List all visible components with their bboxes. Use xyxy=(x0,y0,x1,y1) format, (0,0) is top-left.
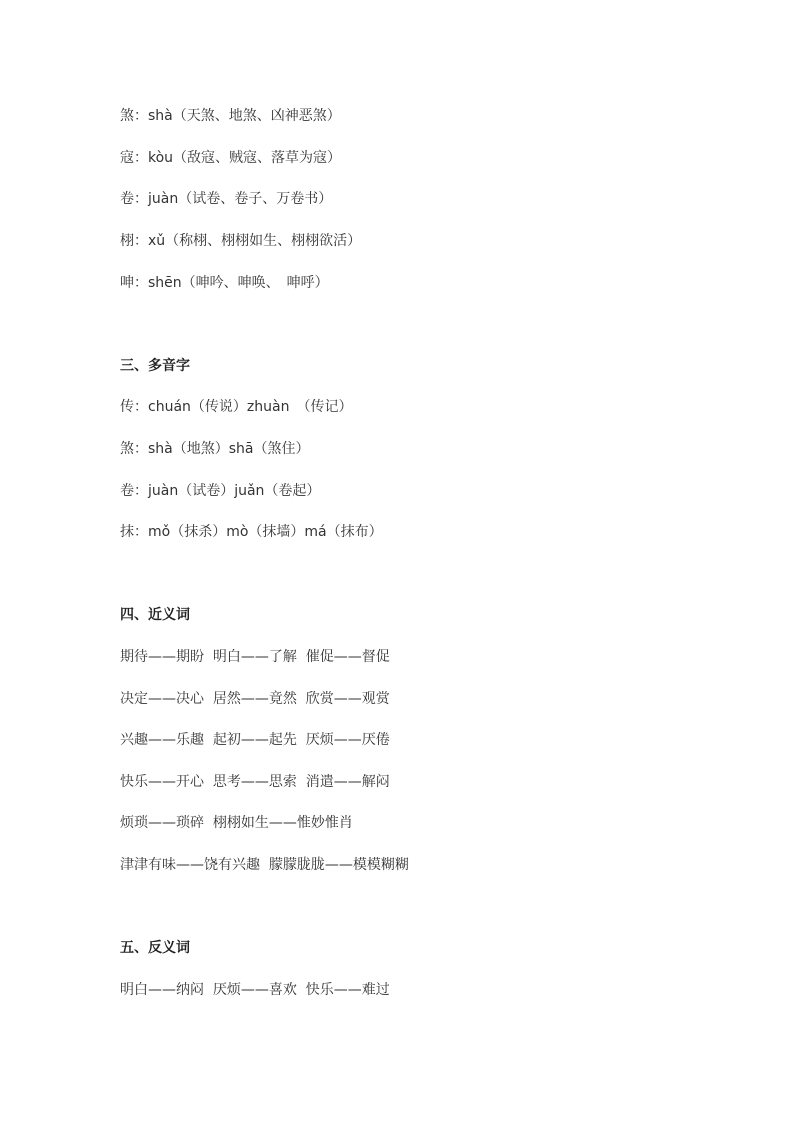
polyphone-line: 煞：shà（地煞）shā（煞住） xyxy=(120,439,310,459)
pronunciation-line: 栩：xǔ（称栩、栩栩如生、栩栩欲活） xyxy=(120,231,361,251)
polyphone-line: 抹：mǒ（抹杀）mò（抹墙）má（抹布） xyxy=(120,522,383,542)
synonym-line: 津津有味——饶有兴趣 朦朦胧胧——模模糊糊 xyxy=(120,855,409,875)
section-heading-antonyms: 五、反义词 xyxy=(120,938,190,958)
synonym-line: 期待——期盼 明白——了解 催促——督促 xyxy=(120,647,390,667)
synonym-line: 快乐——开心 思考——思索 消遣——解闷 xyxy=(120,772,390,792)
pronunciation-line: 寇：kòu（敌寇、贼寇、落草为寇） xyxy=(120,148,341,168)
pronunciation-line: 煞：shà（天煞、地煞、凶神恶煞） xyxy=(120,106,341,126)
section-heading-synonyms: 四、近义词 xyxy=(120,605,190,625)
synonym-line: 烦琐——琐碎 栩栩如生——惟妙惟肖 xyxy=(120,813,353,833)
synonym-line: 兴趣——乐趣 起初——起先 厌烦——厌倦 xyxy=(120,730,390,750)
section-heading-polyphones: 三、多音字 xyxy=(120,356,190,376)
pronunciation-line: 卷：juàn（试卷、卷子、万卷书） xyxy=(120,189,332,209)
polyphone-line: 传：chuán（传说）zhuàn （传记） xyxy=(120,397,352,417)
pronunciation-line: 呻：shēn（呻吟、呻唤、 呻呼） xyxy=(120,273,329,293)
synonym-line: 决定——决心 居然——竟然 欣赏——观赏 xyxy=(120,689,390,709)
antonym-line: 明白——纳闷 厌烦——喜欢 快乐——难过 xyxy=(120,980,390,1000)
polyphone-line: 卷：juàn（试卷）juǎn（卷起） xyxy=(120,481,320,501)
